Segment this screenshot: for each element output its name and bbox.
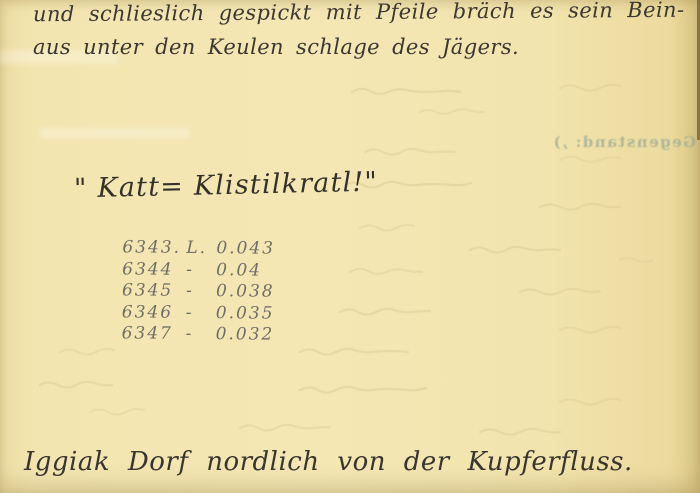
handwriting-line-1: und schlieslich gespickt mit Pfeile bräc… bbox=[33, 0, 685, 26]
handwriting-footer-line: Iggiak Dorf nordlich von der Kupferfluss… bbox=[24, 447, 633, 477]
catalog-value: 0.035 bbox=[216, 303, 275, 324]
catalog-separator: - bbox=[186, 324, 216, 344]
catalog-value: 0.043 bbox=[216, 238, 275, 259]
catalog-number: 6344 bbox=[122, 259, 186, 280]
catalog-row: 6343. L. 0.043 bbox=[122, 237, 275, 260]
catalog-number: 6345 bbox=[122, 280, 186, 301]
catalog-value: 0.038 bbox=[216, 281, 275, 302]
catalog-separator: - bbox=[186, 302, 216, 322]
catalog-separator: L. bbox=[186, 238, 216, 258]
handwriting-line-2: aus unter den Keulen schlage des Jägers. bbox=[33, 35, 519, 59]
manuscript-page: Gegenstand: ,) und schlieslich gespickt … bbox=[0, 0, 700, 493]
catalog-separator: - bbox=[186, 259, 216, 279]
bleed-through-squiggles bbox=[0, 0, 700, 493]
catalog-row: 6346 - 0.035 bbox=[122, 302, 275, 325]
catalog-number: 6347 bbox=[122, 323, 186, 344]
bleed-through-gegenstand-label: Gegenstand: ,) bbox=[470, 133, 696, 151]
catalog-number: 6346 bbox=[122, 302, 186, 323]
catalog-value: 0.04 bbox=[216, 260, 262, 280]
catalog-row: 6344 - 0.04 bbox=[122, 259, 275, 282]
catalog-value: 0.032 bbox=[216, 324, 275, 345]
catalog-list: 6343. L. 0.043 6344 - 0.04 6345 - 0.038 … bbox=[122, 237, 276, 346]
catalog-number: 6343. bbox=[122, 237, 186, 258]
catalog-separator: - bbox=[186, 281, 216, 301]
scan-light-strip bbox=[40, 128, 190, 138]
catalog-row: 6345 - 0.038 bbox=[122, 280, 275, 303]
catalog-row: 6347 - 0.032 bbox=[122, 323, 275, 346]
